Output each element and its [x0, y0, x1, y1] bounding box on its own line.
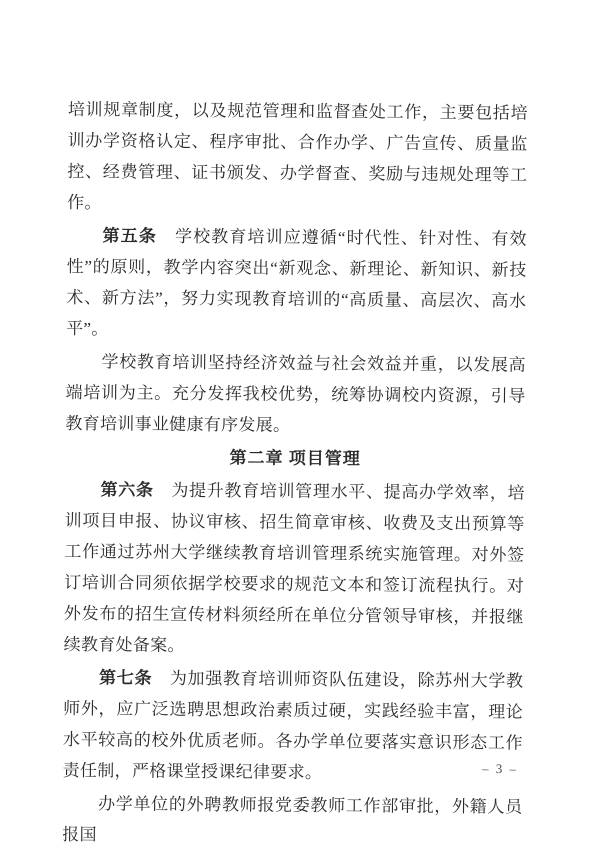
document-body: 培训规章制度，以及规范管理和监督查处工作，主要包括培训办学资格认定、程序审批、合…	[62, 94, 528, 848]
paragraph: 第六条 为提升教育培训管理水平、提高办学效率，培训项目申报、协议审核、招生简章审…	[64, 474, 525, 664]
page-number: – 3 –	[470, 761, 530, 777]
paragraph: 办学单位的外聘教师报党委教师工作部审批，外籍人员报国	[62, 788, 522, 848]
document-page: 培训规章制度，以及规范管理和监督查处工作，主要包括培训办学资格认定、程序审批、合…	[0, 0, 599, 848]
article-label: 第七条	[99, 668, 152, 687]
paragraph: 第七条 为加强教育培训师资队伍建设，除苏州大学教师外，应广泛选聘思想政治素质过硬…	[63, 662, 524, 790]
paragraph: 学校教育培训坚持经济效益与社会效益并重，以发展高端培训为主。充分发挥我校优势，统…	[65, 346, 526, 443]
paragraph: 培训规章制度，以及规范管理和监督查处工作，主要包括培训办学资格认定、程序审批、合…	[67, 94, 528, 222]
article-label: 第五条	[103, 226, 157, 245]
article-label: 第六条	[101, 480, 154, 499]
chapter-heading: 第二章 项目管理	[65, 441, 525, 476]
paragraph: 第五条 学校教育培训应遵循“时代性、针对性、有效性”的原则，教学内容突出“新观念…	[66, 220, 527, 348]
